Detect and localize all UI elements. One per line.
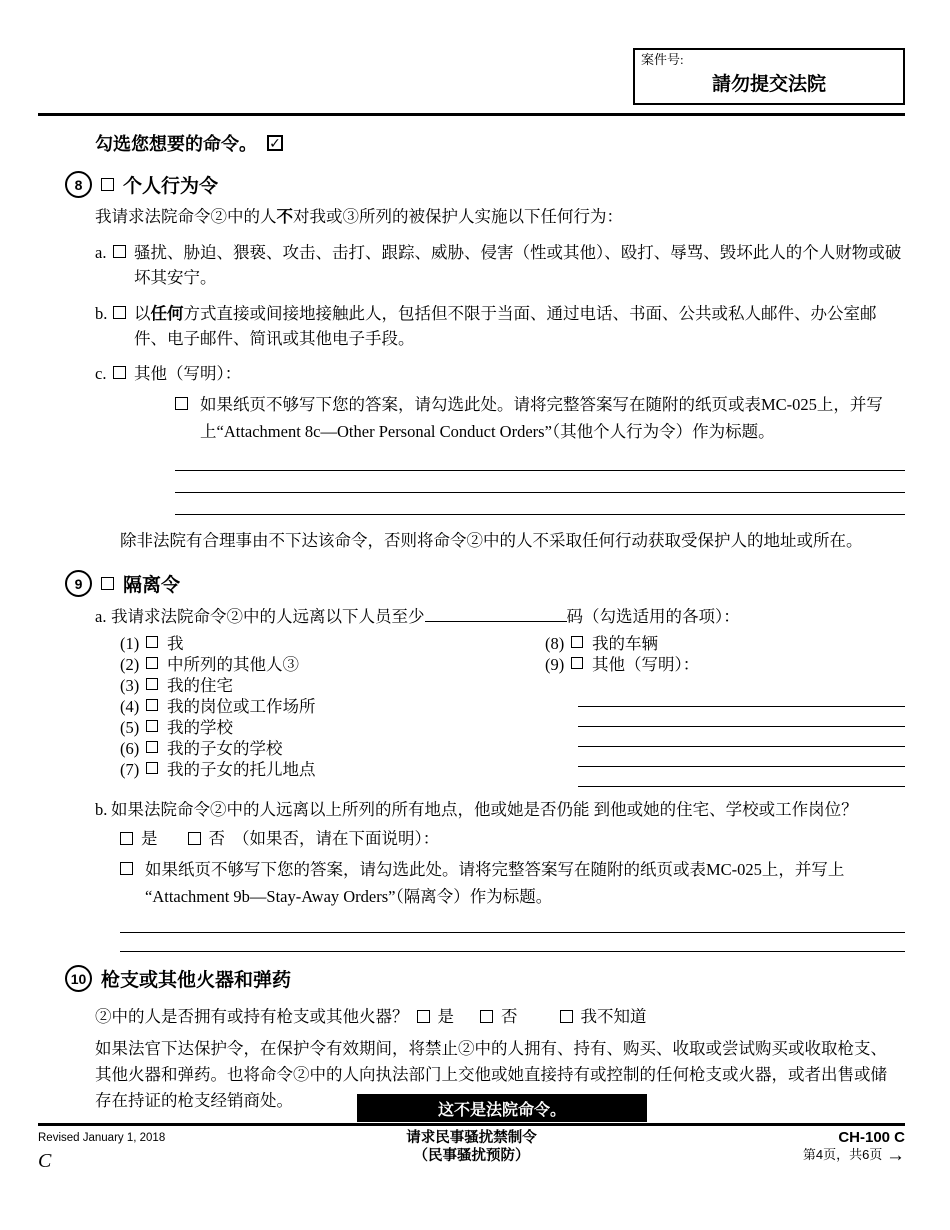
distance-blank-field[interactable] [425,607,567,622]
item-8a: a. 骚扰、胁迫、猥亵、攻击、击打、跟踪、威胁、侵害（性或其他）、殴打、辱骂、毁… [95,240,905,290]
not-court-order-banner: 这不是法院命令。 [357,1094,647,1122]
form-number: CH-100 C [675,1129,905,1146]
case-number-label: 案件号: [641,52,897,67]
item-8b: b. 以任何方式直接或间接地接触此人，包括但不限于当面、通过电话、书面、公共或私… [95,301,905,351]
attachment-9b-option: 如果纸页不够写下您的答案，请勾选此处。请将完整答案写在随附的纸页或表MC-025… [120,856,905,910]
section-9-title: 隔离令 [123,570,180,597]
checkbox-attachment-8c[interactable] [175,397,188,410]
checkbox-9b-yes[interactable] [120,832,133,845]
label-9b-yes: 是 [141,826,158,851]
form-page: 案件号: 請勿提交法院 勾选您想要的命令。 ✓ 8 个人行为令 我请求法院命令②… [0,0,950,1230]
checkbox-9a-8[interactable] [571,636,583,648]
attachment-8c-option: 如果纸页不够写下您的答案，请勾选此处。请将完整答案写在随附的纸页或表MC-025… [175,391,905,445]
section-8-note: 除非法院有合理事由不下达该命令，否则将命令②中的人不采取任何行动获取受保护人的地… [120,528,905,553]
item-8c-text: 其他（写明）： [134,361,905,386]
option-9a-1: (1)我 [120,633,545,654]
page-indicator: 第4页，共6页 → [675,1146,905,1164]
label-9b-hint: （如果否，请在下面说明）： [233,826,439,851]
checkbox-10-unknown[interactable] [560,1010,573,1023]
checkbox-8b[interactable] [113,306,126,319]
item-8c-letter: c. [95,361,111,386]
checkbox-9a-9[interactable] [571,657,583,669]
checkbox-8c[interactable] [113,366,126,379]
label-10-yes: 是 [438,1004,455,1029]
item-8b-text: 以任何方式直接或间接地接触此人，包括但不限于当面、通过电话、书面、公共或私人邮件… [134,301,905,351]
firearms-question: ②中的人是否拥有或持有枪支或其他火器？ [95,1004,409,1029]
footer-form-meta: CH-100 C 第4页，共6页 → [675,1129,905,1165]
stay-away-right-column: (8)我的车辆 (9)其他（写明）： [545,633,905,787]
section-8-title: 个人行为令 [123,171,218,198]
item-9b-text: 如果法院命令②中的人远离以上所列的所有地点，他或她是否仍能 到他或她的住宅、学校… [111,797,905,822]
write-line-9a9-3[interactable] [578,727,905,747]
label-10-unknown: 我不知道 [581,1004,647,1029]
item-9a-letter: a. [95,604,111,629]
checkbox-10-no[interactable] [480,1010,493,1023]
option-9a-7: (7)我的子女的托儿地点 [120,759,545,780]
item-9b: b. 如果法院命令②中的人远离以上所列的所有地点，他或她是否仍能 到他或她的住宅… [95,797,905,822]
item-9b-letter: b. [95,797,111,822]
option-9a-9: (9)其他（写明）： [545,654,905,675]
option-9a-4: (4)我的岗位或工作场所 [120,696,545,717]
page-bottom: 这不是法院命令。 Revised January 1, 2018 请求民事骚扰禁… [38,1094,905,1165]
section-10-title: 枪支或其他火器和弹药 [101,965,291,992]
checkbox-9a-7[interactable] [146,762,158,774]
form-subtitle: （民事骚扰预防） [268,1147,675,1165]
item-8a-text: 骚扰、胁迫、猥亵、攻击、击打、跟踪、威胁、侵害（性或其他）、殴打、辱骂、毁坏此人… [134,240,905,290]
checkbox-9a-6[interactable] [146,741,158,753]
option-9a-3: (3)我的住宅 [120,675,545,696]
section-8-intro: 我请求法院命令②中的人不对我或③所列的被保护人实施以下任何行为： [95,204,905,229]
header-divider [38,113,905,116]
attachment-9b-text: 如果纸页不够写下您的答案，请勾选此处。请将完整答案写在随附的纸页或表MC-025… [145,856,895,910]
checkbox-10-yes[interactable] [417,1010,430,1023]
write-line-9b-1[interactable] [120,914,905,933]
checkbox-9a-1[interactable] [146,636,158,648]
write-line-8c-1[interactable] [175,449,905,471]
footer: Revised January 1, 2018 请求民事骚扰禁制令 （民事骚扰预… [38,1129,905,1165]
case-number-box: 案件号: 請勿提交法院 [633,48,905,105]
next-page-arrow-icon: → [886,1145,905,1166]
section-10-header: 10 枪支或其他火器和弹药 [65,965,905,992]
write-line-9a9-1[interactable] [578,687,905,707]
item-8b-letter: b. [95,301,111,351]
do-not-file-stamp: 請勿提交法院 [641,69,897,96]
section-9-header: 9 隔离令 [65,570,905,597]
footer-divider [38,1123,905,1126]
option-9a-5: (5)我的学校 [120,717,545,738]
write-line-9b-2[interactable] [120,933,905,952]
checkbox-section-9[interactable] [101,577,114,590]
section-8-header: 8 个人行为令 [65,171,905,198]
checkbox-8a[interactable] [113,245,126,258]
section-10-number: 10 [65,965,92,992]
write-in-area-9a9 [578,687,905,787]
write-in-area-9b [120,914,905,952]
header-text: 勾选您想要的命令。 [95,130,257,156]
checked-checkbox-icon: ✓ [267,135,283,151]
checkbox-9b-no[interactable] [188,832,201,845]
write-in-area-8c [175,449,905,515]
section-8-number: 8 [65,171,92,198]
form-instruction-header: 勾选您想要的命令。 ✓ [95,130,905,156]
write-line-9a9-2[interactable] [578,707,905,727]
attachment-8c-text: 如果纸页不够写下您的答案，请勾选此处。请将完整答案写在随附的纸页或表MC-025… [200,391,895,445]
checkbox-attachment-9b[interactable] [120,862,133,875]
write-line-8c-2[interactable] [175,471,905,493]
item-9a: a. 我请求法院命令②中的人远离以下人员至少码（勾选适用的各项）： [95,604,905,629]
checkbox-9a-2[interactable] [146,657,158,669]
option-9a-2: (2)中所列的其他人③ [120,654,545,675]
stay-away-left-column: (1)我 (2)中所列的其他人③ (3)我的住宅 (4)我的岗位或工作场所 (5… [120,633,545,787]
write-line-8c-3[interactable] [175,493,905,515]
label-10-no: 否 [501,1004,518,1029]
section-9-number: 9 [65,570,92,597]
write-line-9a9-5[interactable] [578,767,905,787]
stay-away-options: (1)我 (2)中所列的其他人③ (3)我的住宅 (4)我的岗位或工作场所 (5… [120,633,905,787]
item-9a-text: 我请求法院命令②中的人远离以下人员至少码（勾选适用的各项）： [111,604,740,629]
write-line-9a9-4[interactable] [578,747,905,767]
label-9b-no: 否 [209,826,226,851]
footer-form-title: 请求民事骚扰禁制令 （民事骚扰预防） [268,1129,675,1165]
checkbox-9a-3[interactable] [146,678,158,690]
checkbox-section-8[interactable] [101,178,114,191]
firearms-question-row: ②中的人是否拥有或持有枪支或其他火器？ 是 否 我不知道 [95,1004,905,1029]
checkbox-9a-4[interactable] [146,699,158,711]
footer-revised-date: Revised January 1, 2018 [38,1129,268,1165]
checkbox-9a-5[interactable] [146,720,158,732]
option-9a-6: (6)我的子女的学校 [120,738,545,759]
corner-letter: C [38,1150,51,1173]
form-title: 请求民事骚扰禁制令 [268,1129,675,1147]
item-8c: c. 其他（写明）： [95,361,905,386]
option-9a-8: (8)我的车辆 [545,633,905,654]
item-9b-answers: 是 否 （如果否，请在下面说明）： [120,826,905,851]
item-8a-letter: a. [95,240,111,290]
